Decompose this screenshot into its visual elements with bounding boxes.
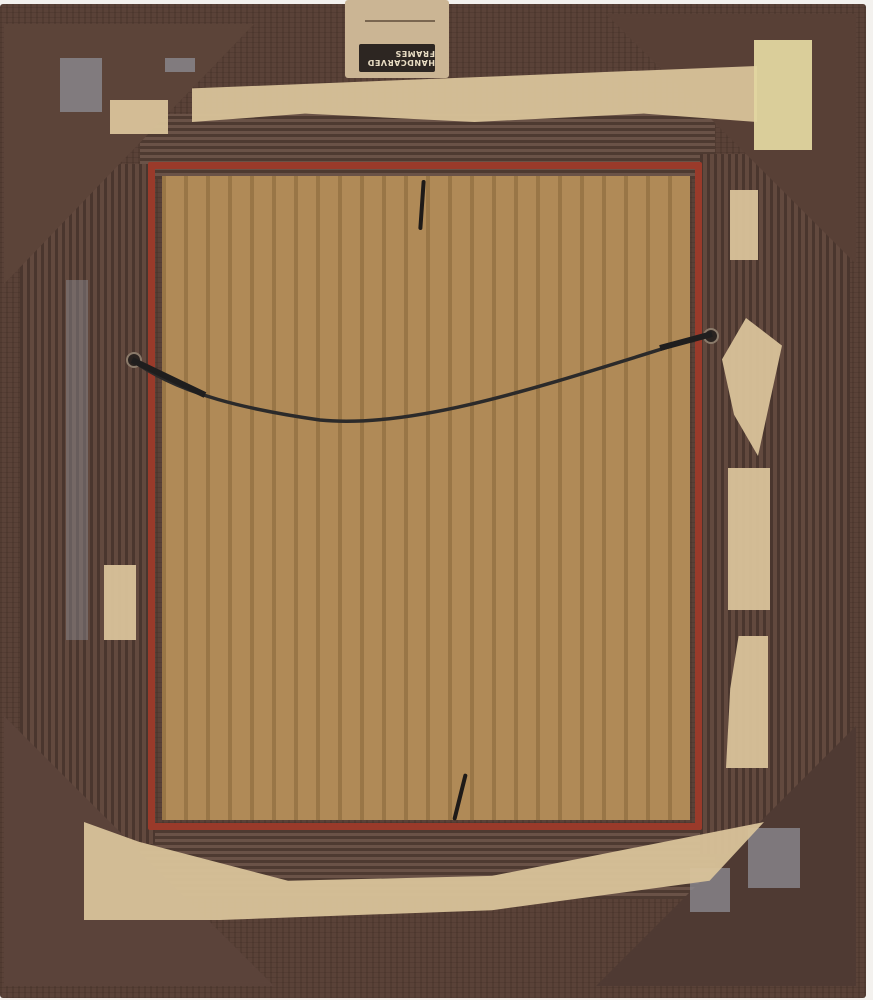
hanging-wire [0,0,873,1000]
